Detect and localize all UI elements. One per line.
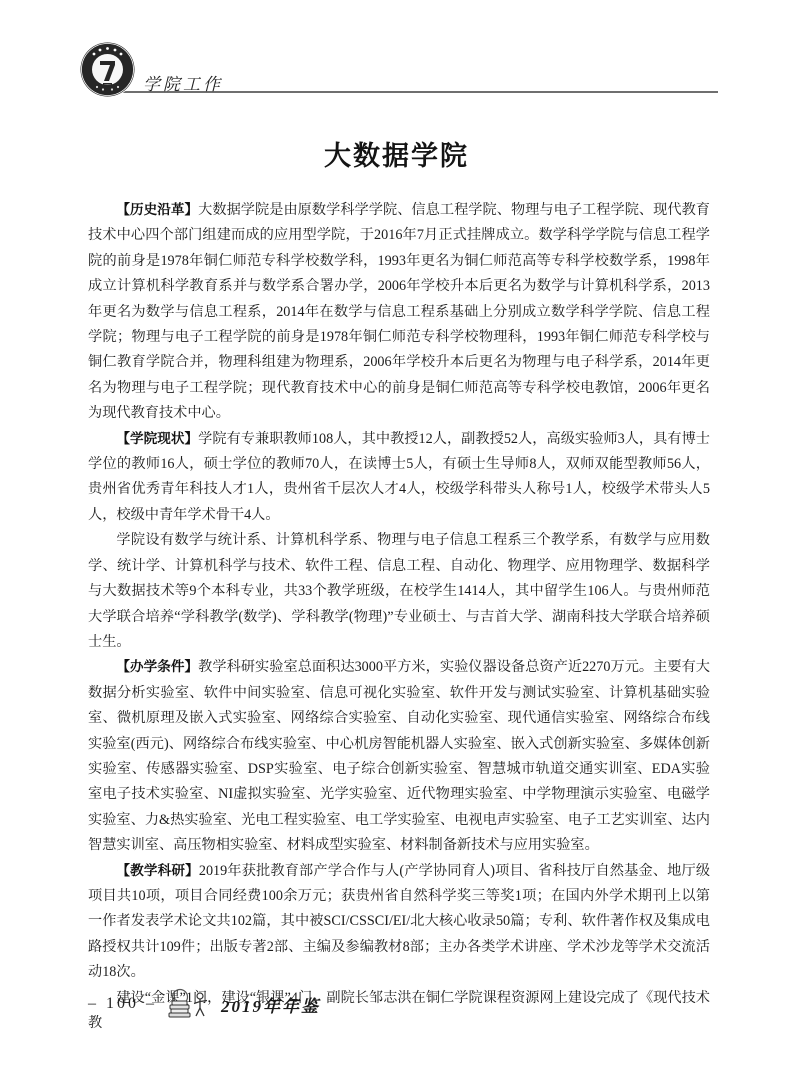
- paragraph-text: 大数据学院是由原数学科学学院、信息工程学院、物理与电子工程学院、现代教育技术中心…: [88, 202, 710, 421]
- yearbook-title: 2019年年鉴: [221, 992, 320, 1017]
- page-title: 大数据学院: [0, 134, 793, 173]
- yearbook-page: 学院工作 大数据学院 【历史沿革】大数据学院是由原数学科学学院、信息工程学院、物…: [0, 0, 793, 1077]
- paragraph-research: 【教学科研】2019年获批教育部产学合作与人(产学协同育人)项目、省科技厅自然基…: [88, 859, 710, 986]
- section-label: 【历史沿革】: [116, 202, 198, 218]
- page-number: – 100 –: [88, 995, 157, 1013]
- header-section-label: 学院工作: [143, 70, 223, 95]
- yearbook-mascot-icon: [166, 988, 212, 1020]
- paragraph-departments: 学院设有数学与统计系、计算机科学系、物理与电子信息工程系三个教学系，有数学与应用…: [88, 528, 710, 655]
- paragraph-text: 学院设有数学与统计系、计算机科学系、物理与电子信息工程系三个教学系，有数学与应用…: [88, 532, 710, 650]
- paragraph-text: 教学科研实验室总面积达3000平方米，实验仪器设备总资产近2270万元。主要有大…: [88, 659, 710, 853]
- page-footer: – 100 – 2019年年鉴: [88, 987, 320, 1021]
- section-label: 【学院现状】: [116, 431, 198, 447]
- university-seal-icon: [79, 41, 136, 98]
- section-label: 【办学条件】: [116, 659, 198, 675]
- paragraph-text: 2019年获批教育部产学合作与人(产学协同育人)项目、省科技厅自然基金、地厅级项…: [88, 863, 710, 981]
- paragraph-facilities: 【办学条件】教学科研实验室总面积达3000平方米，实验仪器设备总资产近2270万…: [88, 655, 710, 858]
- section-label: 【教学科研】: [116, 863, 198, 879]
- document-body: 【历史沿革】大数据学院是由原数学科学学院、信息工程学院、物理与电子工程学院、现代…: [88, 198, 710, 1036]
- paragraph-history: 【历史沿革】大数据学院是由原数学科学学院、信息工程学院、物理与电子工程学院、现代…: [88, 198, 710, 427]
- paragraph-status: 【学院现状】学院有专兼职教师108人，其中教授12人，副教授52人，高级实验师3…: [88, 427, 710, 529]
